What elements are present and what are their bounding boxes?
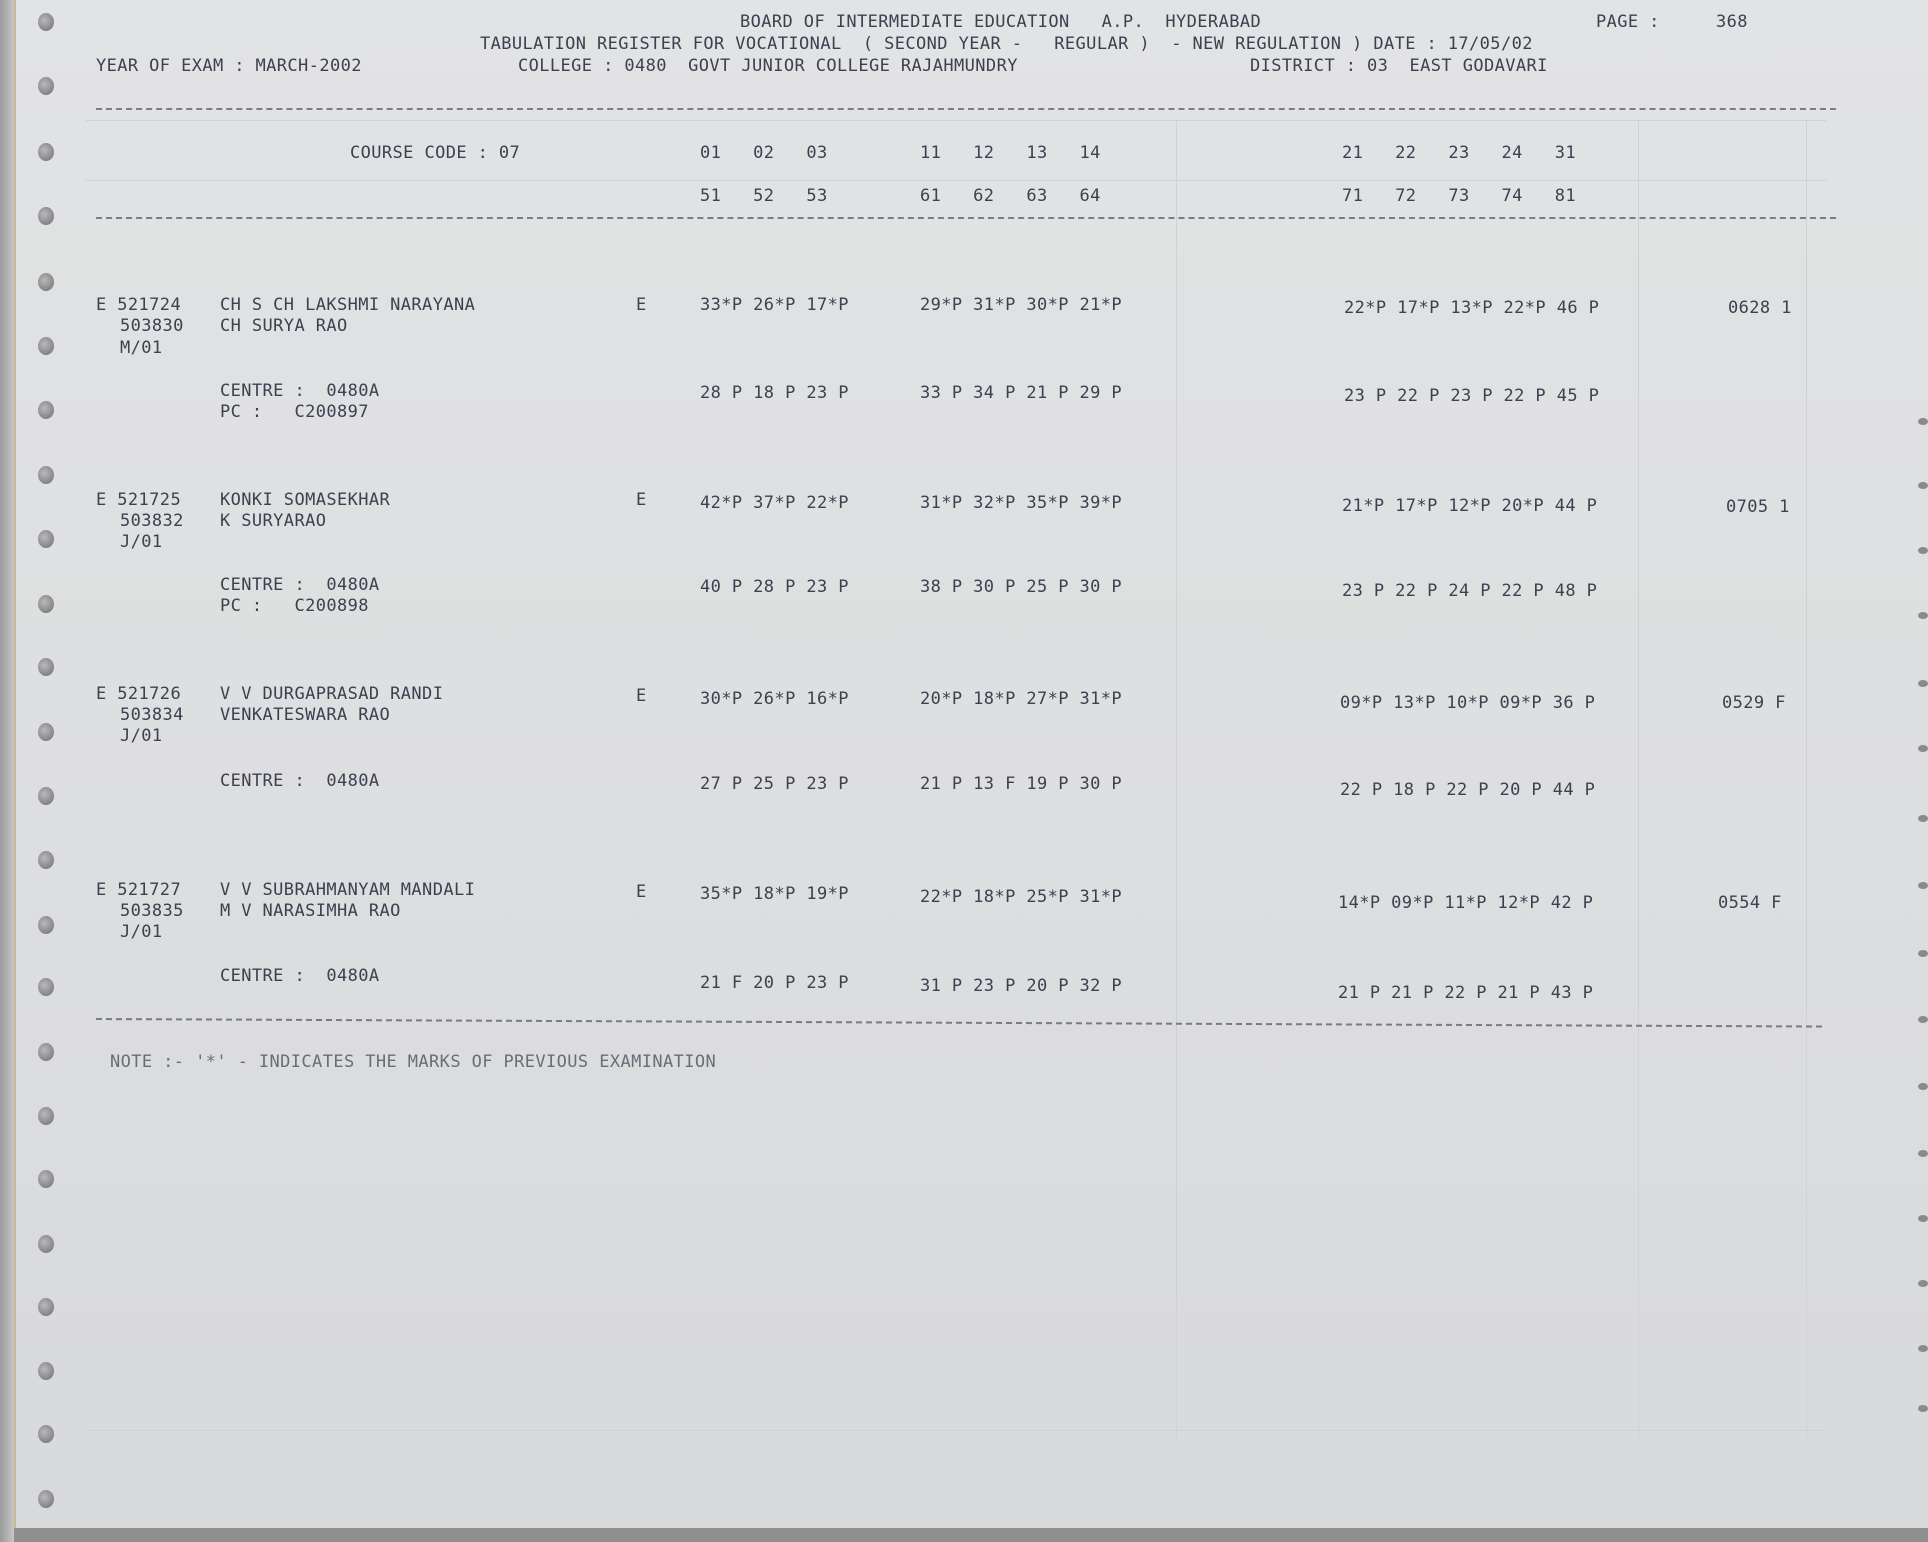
first-year-marks-g3: 09*P 13*P 10*P 09*P 36 P xyxy=(1340,693,1595,713)
second-year-marks-g1: 27 P 25 P 23 P xyxy=(700,774,849,794)
form-grid-line xyxy=(86,120,1826,121)
candidate-id: E 521724 xyxy=(96,295,181,315)
dashed-divider xyxy=(96,108,1836,110)
second-year-marks-g1: 40 P 28 P 23 P xyxy=(700,577,849,597)
year-of-exam: YEAR OF EXAM : MARCH-2002 xyxy=(96,56,362,76)
second-year-marks-g1: 21 F 20 P 23 P xyxy=(700,973,849,993)
candidate-id: E 521726 xyxy=(96,684,181,704)
father-name: M V NARASIMHA RAO xyxy=(220,901,401,921)
grand-total-result: 0529 F xyxy=(1722,693,1786,713)
subject-codes-row1-group2: 11 12 13 14 xyxy=(920,143,1101,163)
first-year-marks-g3: 22*P 17*P 13*P 22*P 46 P xyxy=(1344,298,1599,318)
candidate-name: KONKI SOMASEKHAR xyxy=(220,490,390,510)
page-label: PAGE : xyxy=(1596,12,1660,32)
footnote: NOTE :- '*' - INDICATES THE MARKS OF PRE… xyxy=(110,1052,716,1072)
dashed-divider xyxy=(96,217,1836,219)
first-year-marks-g2: 22*P 18*P 25*P 31*P xyxy=(920,887,1122,907)
first-year-marks-g2: 20*P 18*P 27*P 31*P xyxy=(920,689,1122,709)
subject-codes-row2-group2: 61 62 63 64 xyxy=(920,186,1101,206)
medium: E xyxy=(636,686,647,706)
roll-number: 503834 xyxy=(120,705,184,725)
pc-number: PC : C200898 xyxy=(220,596,369,616)
subject-codes-row2-group1: 51 52 53 xyxy=(700,186,828,206)
roll-number: 503835 xyxy=(120,901,184,921)
second-year-marks-g1: 28 P 18 P 23 P xyxy=(700,383,849,403)
grand-total-result: 0705 1 xyxy=(1726,497,1790,517)
form-grid-line xyxy=(1638,120,1639,1440)
first-year-marks-g3: 14*P 09*P 11*P 12*P 42 P xyxy=(1338,893,1593,913)
centre-code: CENTRE : 0480A xyxy=(220,381,380,401)
register-title: TABULATION REGISTER FOR VOCATIONAL ( SEC… xyxy=(480,34,1533,54)
first-year-marks-g1: 30*P 26*P 16*P xyxy=(700,689,849,709)
course-code: COURSE CODE : 07 xyxy=(350,143,520,163)
second-year-marks-g2: 33 P 34 P 21 P 29 P xyxy=(920,383,1122,403)
second-year-marks-g3: 21 P 21 P 22 P 21 P 43 P xyxy=(1338,983,1593,1003)
centre-code: CENTRE : 0480A xyxy=(220,966,380,986)
second-year-marks-g3: 22 P 18 P 22 P 20 P 44 P xyxy=(1340,780,1595,800)
group-code: J/01 xyxy=(120,532,163,552)
form-grid-line xyxy=(1176,120,1177,1440)
group-code: J/01 xyxy=(120,726,163,746)
second-year-marks-g2: 21 P 13 F 19 P 30 P xyxy=(920,774,1122,794)
form-grid-line xyxy=(86,1430,1826,1431)
second-year-marks-g2: 38 P 30 P 25 P 30 P xyxy=(920,577,1122,597)
first-year-marks-g3: 21*P 17*P 12*P 20*P 44 P xyxy=(1342,496,1597,516)
candidate-id: E 521725 xyxy=(96,490,181,510)
group-code: M/01 xyxy=(120,338,163,358)
second-year-marks-g2: 31 P 23 P 20 P 32 P xyxy=(920,976,1122,996)
father-name: VENKATESWARA RAO xyxy=(220,705,390,725)
subject-codes-row2-group3: 71 72 73 74 81 xyxy=(1342,186,1576,206)
first-year-marks-g2: 31*P 32*P 35*P 39*P xyxy=(920,493,1122,513)
district-info: DISTRICT : 03 EAST GODAVARI xyxy=(1250,56,1548,76)
candidate-name: CH S CH LAKSHMI NARAYANA xyxy=(220,295,475,315)
form-grid-line xyxy=(86,180,1826,181)
grand-total-result: 0554 F xyxy=(1718,893,1782,913)
first-year-marks-g1: 42*P 37*P 22*P xyxy=(700,493,849,513)
tractor-feed-edge xyxy=(0,0,14,1542)
form-grid-line xyxy=(1806,120,1807,1440)
group-code: J/01 xyxy=(120,922,163,942)
subject-codes-row1-group1: 01 02 03 xyxy=(700,143,828,163)
dashed-divider xyxy=(96,1018,1822,1028)
medium: E xyxy=(636,882,647,902)
centre-code: CENTRE : 0480A xyxy=(220,771,380,791)
first-year-marks-g1: 33*P 26*P 17*P xyxy=(700,295,849,315)
roll-number: 503830 xyxy=(120,316,184,336)
medium: E xyxy=(636,490,647,510)
second-year-marks-g3: 23 P 22 P 24 P 22 P 48 P xyxy=(1342,581,1597,601)
grand-total-result: 0628 1 xyxy=(1728,298,1792,318)
candidate-name: V V SUBRAHMANYAM MANDALI xyxy=(220,880,475,900)
medium: E xyxy=(636,295,647,315)
second-year-marks-g3: 23 P 22 P 23 P 22 P 45 P xyxy=(1344,386,1599,406)
college-info: COLLEGE : 0480 GOVT JUNIOR COLLEGE RAJAH… xyxy=(518,56,1018,76)
board-title: BOARD OF INTERMEDIATE EDUCATION A.P. HYD… xyxy=(740,12,1261,32)
candidate-name: V V DURGAPRASAD RANDI xyxy=(220,684,443,704)
tabulation-sheet: BOARD OF INTERMEDIATE EDUCATION A.P. HYD… xyxy=(14,0,1928,1528)
centre-code: CENTRE : 0480A xyxy=(220,575,380,595)
roll-number: 503832 xyxy=(120,511,184,531)
page-number: 368 xyxy=(1716,12,1748,32)
pc-number: PC : C200897 xyxy=(220,402,369,422)
subject-codes-row1-group3: 21 22 23 24 31 xyxy=(1342,143,1576,163)
first-year-marks-g2: 29*P 31*P 30*P 21*P xyxy=(920,295,1122,315)
father-name: K SURYARAO xyxy=(220,511,326,531)
candidate-id: E 521727 xyxy=(96,880,181,900)
father-name: CH SURYA RAO xyxy=(220,316,348,336)
first-year-marks-g1: 35*P 18*P 19*P xyxy=(700,884,849,904)
